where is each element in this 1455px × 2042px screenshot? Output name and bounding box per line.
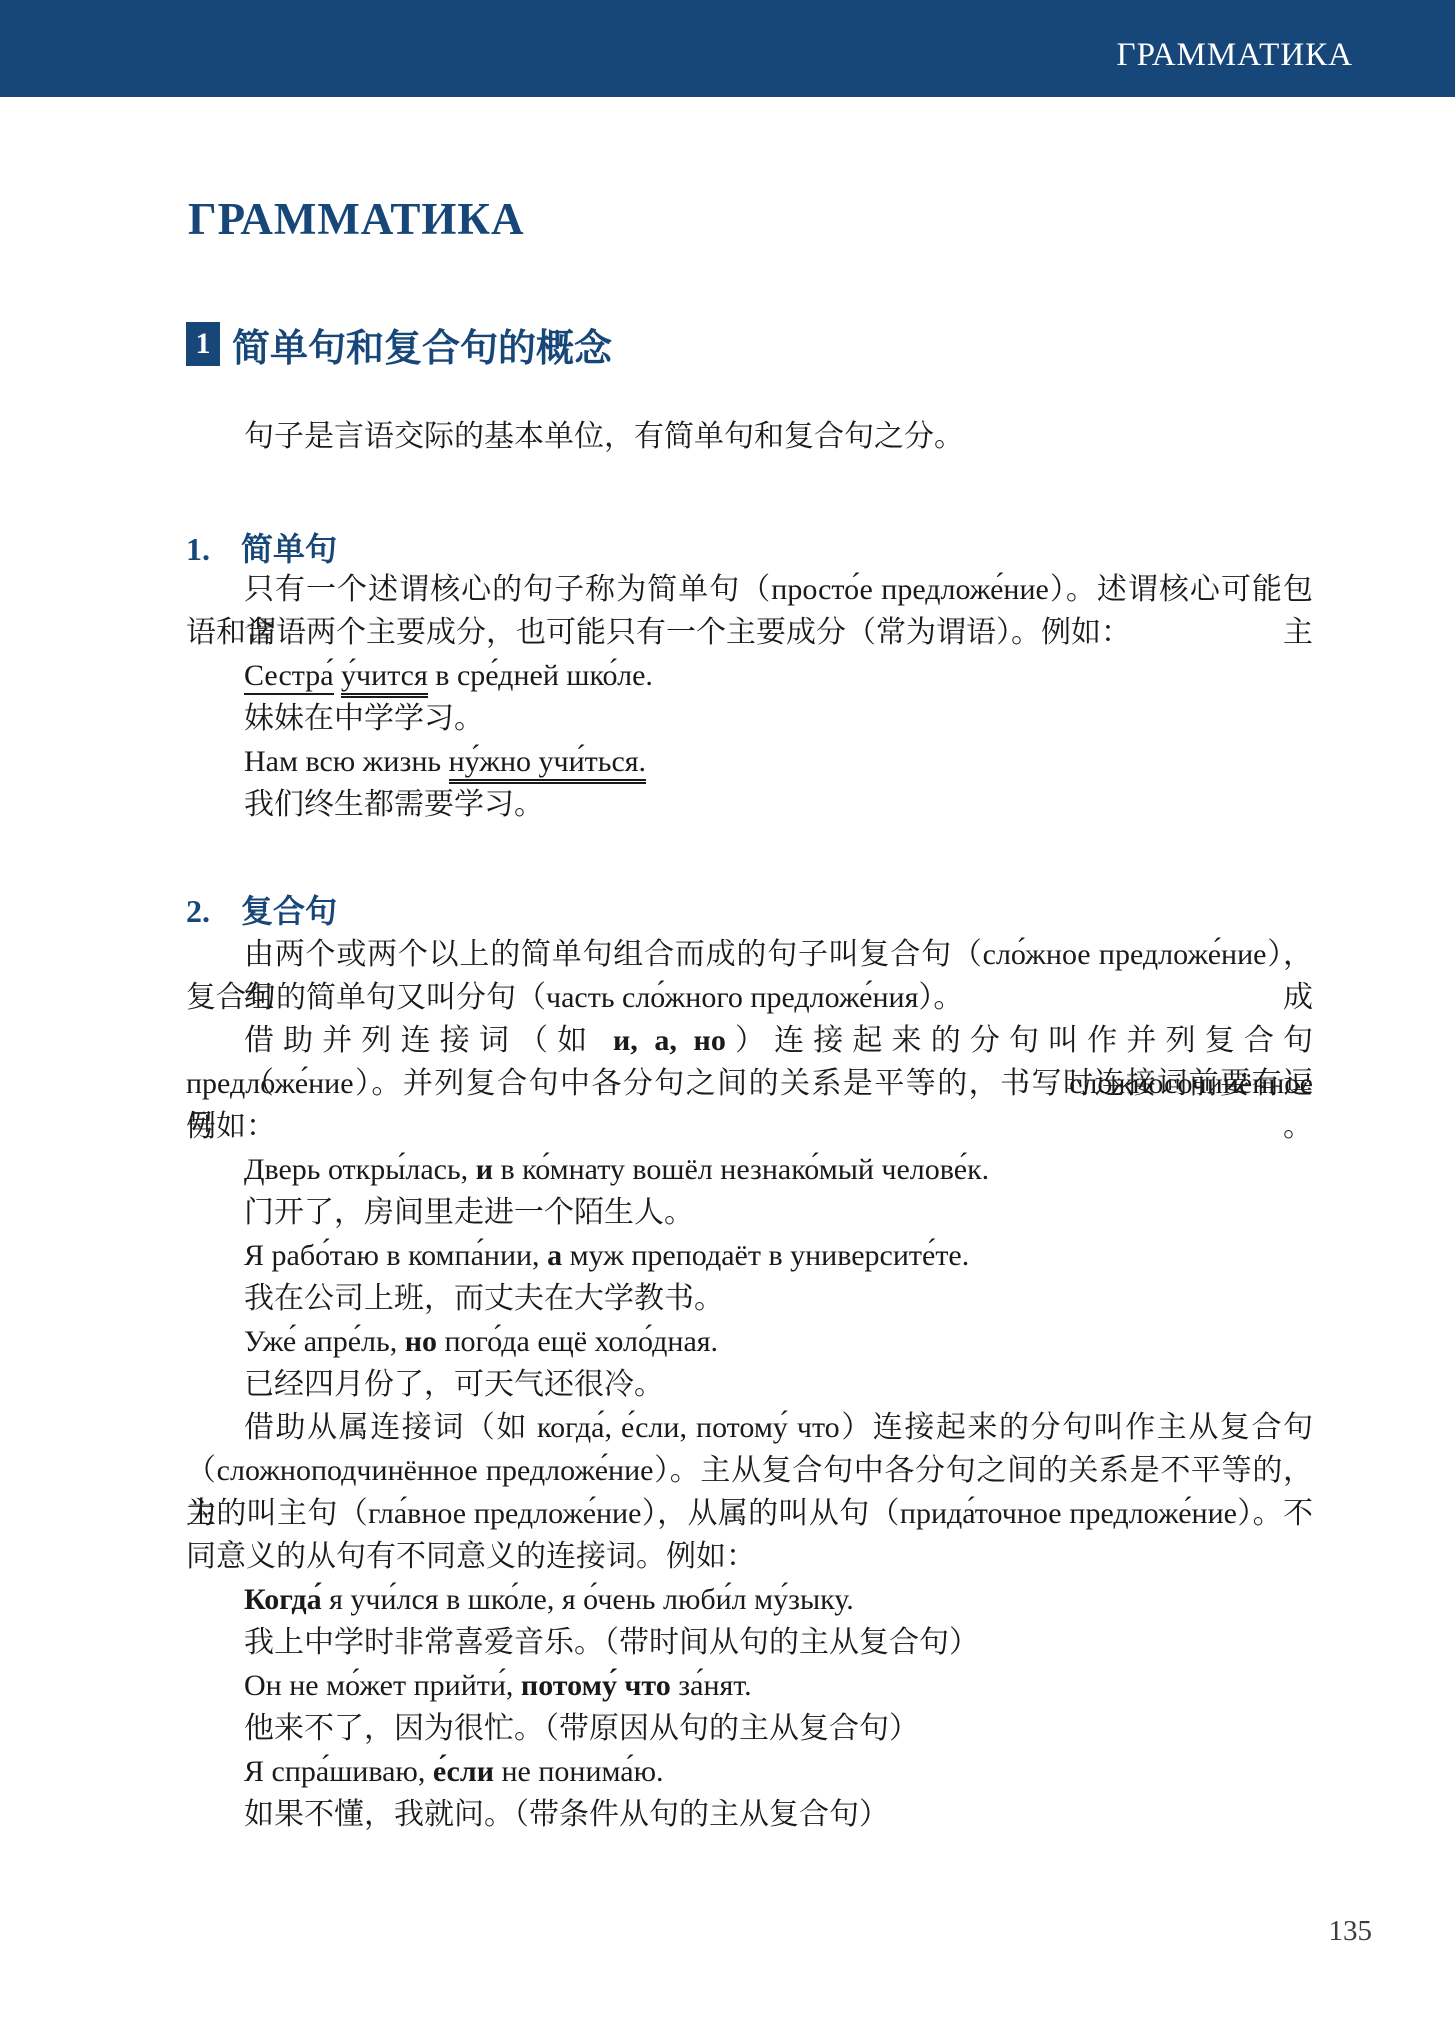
text-line: Когда́ я учи́лся в шко́ле, я о́чень люби… (186, 1578, 1313, 1621)
text-segment: 借助从属连接词（如 когда́, е́сли, потому́ что）连接起… (244, 1411, 1313, 1444)
text-segment: 语和谓语两个主要成分，也可能只有一个主要成分（常为谓语）。例如： (186, 616, 1131, 649)
text-segment: 例如： (186, 1110, 276, 1143)
section-number-badge: 1 (186, 322, 220, 366)
text-line: Я рабо́таю в компа́нии, а муж преподаёт … (186, 1234, 1313, 1277)
subsection-heading-1: 1.简单句 (186, 528, 1313, 571)
text-segment: Я рабо́таю в компа́нии, (244, 1239, 547, 1272)
text-line: 他来不了，因为很忙。（带原因从句的主从复合句） (186, 1707, 1313, 1750)
text-line: 借助并列连接词（如 и, а, но）连接起来的分句叫作并列复合句（сложно… (186, 1019, 1313, 1062)
underlined-word: ну́жно учи́ться. (449, 745, 647, 784)
text-segment: пого́да ещё холо́дная. (437, 1325, 718, 1358)
subsection-heading-2: 2.复合句 (186, 890, 1313, 933)
text-segment: 已经四月份了，可天气还很冷。 (244, 1368, 664, 1401)
running-head: ГРАММАТИКА (1117, 37, 1354, 74)
emphasized-word: и, а, но (613, 1024, 726, 1057)
text-line: 我上中学时非常喜爱音乐。（带时间从句的主从复合句） (186, 1621, 1313, 1664)
text-line: （сложноподчинённое предложе́ние）。主从复合句中各… (186, 1449, 1313, 1492)
page-number: 135 (1329, 1910, 1373, 1953)
text-line: 如果不懂，我就问。（带条件从句的主从复合句） (186, 1793, 1313, 1836)
subsection-label: 简单句 (241, 531, 337, 567)
text-segment: я учи́лся в шко́ле, я о́чень люби́л му́з… (322, 1583, 854, 1616)
text-segment: 我上中学时非常喜爱音乐。（带时间从句的主从复合句） (244, 1626, 979, 1659)
text-segment: 妹妹在中学学习。 (244, 702, 484, 735)
text-segment: за́нят. (671, 1669, 752, 1702)
text-segment: Он не мо́жет прийти́, (244, 1669, 521, 1702)
emphasized-word: но (405, 1325, 437, 1358)
emphasized-word: потому́ что (521, 1669, 671, 1702)
text-line: Сестра́ у́чится в сре́дней шко́ле. (186, 654, 1313, 697)
emphasized-word: а (547, 1239, 562, 1272)
text-segment: не понима́ю. (494, 1755, 664, 1788)
text-line: 门开了，房间里走进一个陌生人。 (186, 1191, 1313, 1234)
text-segment: 我在公司上班，而丈夫在大学教书。 (244, 1282, 724, 1315)
underlined-word: Сестра́ (244, 659, 334, 695)
text-line: Нам всю жизнь ну́жно учи́ться. (186, 740, 1313, 783)
text-segment: Дверь откры́лась, (244, 1153, 476, 1186)
section-heading: 1 简单句和复合句的概念 (186, 321, 1313, 367)
text-line: 只有一个述谓核心的句子称为简单句（просто́е предложе́ние）。… (186, 568, 1313, 611)
text-line: Он не мо́жет прийти́, потому́ что за́нят… (186, 1664, 1313, 1707)
text-segment (334, 659, 342, 692)
text-segment: муж преподаёт в университе́те. (562, 1239, 969, 1272)
page-title: ГРАММАТИКА (188, 193, 1313, 245)
text-line: Я спра́шиваю, е́сли не понима́ю. (186, 1750, 1313, 1793)
emphasized-word: е́сли (433, 1755, 494, 1788)
text-segment: Я спра́шиваю, (244, 1755, 433, 1788)
text-segment: 如果不懂，我就问。（带条件从句的主从复合句） (244, 1798, 889, 1831)
underlined-word: у́чится (341, 659, 428, 698)
text-segment: в ко́мнату вошёл незнако́мый челове́к. (493, 1153, 989, 1186)
subsection-1-body: 只有一个述谓核心的句子称为简单句（просто́е предложе́ние）。… (186, 568, 1313, 826)
text-line: 由两个或两个以上的简单句组合而成的句子叫复合句（сло́жное предлож… (186, 933, 1313, 976)
text-line: 同意义的从句有不同意义的连接词。例如： (186, 1535, 1313, 1578)
text-line: 已经四月份了，可天气还很冷。 (186, 1363, 1313, 1406)
page-header-bar: ГРАММАТИКА (0, 0, 1455, 97)
text-segment: 借助并列连接词（如 (244, 1024, 613, 1057)
text-line: 我在公司上班，而丈夫在大学教书。 (186, 1277, 1313, 1320)
subsection-label: 复合句 (241, 893, 337, 929)
text-line: Дверь откры́лась, и в ко́мнату вошёл нез… (186, 1148, 1313, 1191)
text-line: предложе́ние）。并列复合句中各分句之间的关系是平等的，书写时连接词前… (186, 1062, 1313, 1105)
text-segment: Нам всю жизнь (244, 745, 449, 778)
subsection-2-body: 由两个或两个以上的简单句组合而成的句子叫复合句（сло́жное предлож… (186, 933, 1313, 1836)
emphasized-word: Когда́ (244, 1583, 322, 1616)
text-line: Уже́ апре́ль, но пого́да ещё холо́дная. (186, 1320, 1313, 1363)
emphasized-word: и (476, 1153, 493, 1186)
text-line: 我们终生都需要学习。 (186, 783, 1313, 826)
page-content: ГРАММАТИКА 1 简单句和复合句的概念 句子是言语交际的基本单位，有简单… (0, 193, 1455, 1836)
text-segment: 他来不了，因为很忙。（带原因从句的主从复合句） (244, 1712, 919, 1745)
text-segment: 我们终生都需要学习。 (244, 788, 544, 821)
text-segment: в сре́дней шко́ле. (428, 659, 653, 692)
text-segment: предложе́ние）。并列复合句中各分句之间的关系是平等的，书写时连接词前… (186, 1067, 1313, 1143)
section-title: 简单句和复合句的概念 (232, 317, 612, 372)
section-intro: 句子是言语交际的基本单位，有简单句和复合句之分。 (186, 415, 1313, 458)
text-line: 借助从属连接词（如 когда́, е́сли, потому́ что）连接起… (186, 1406, 1313, 1449)
text-segment: Уже́ апре́ль, (244, 1325, 405, 1358)
text-segment: 门开了，房间里走进一个陌生人。 (244, 1196, 694, 1229)
subsection-number: 1. (186, 528, 241, 571)
text-line: 妹妹在中学学习。 (186, 697, 1313, 740)
text-segment: 复合句的简单句又叫分句（часть сло́жного предложе́ния… (186, 981, 963, 1014)
subsection-number: 2. (186, 890, 241, 933)
text-line: 主的叫主句（гла́вное предложе́ние），从属的叫从句（прид… (186, 1492, 1313, 1535)
book-page: ГРАММАТИКА ГРАММАТИКА 1 简单句和复合句的概念 句子是言语… (0, 0, 1455, 2042)
text-segment: 主的叫主句（гла́вное предложе́ние），从属的叫从句（прид… (186, 1497, 1313, 1530)
text-segment: 同意义的从句有不同意义的连接词。例如： (186, 1540, 756, 1573)
